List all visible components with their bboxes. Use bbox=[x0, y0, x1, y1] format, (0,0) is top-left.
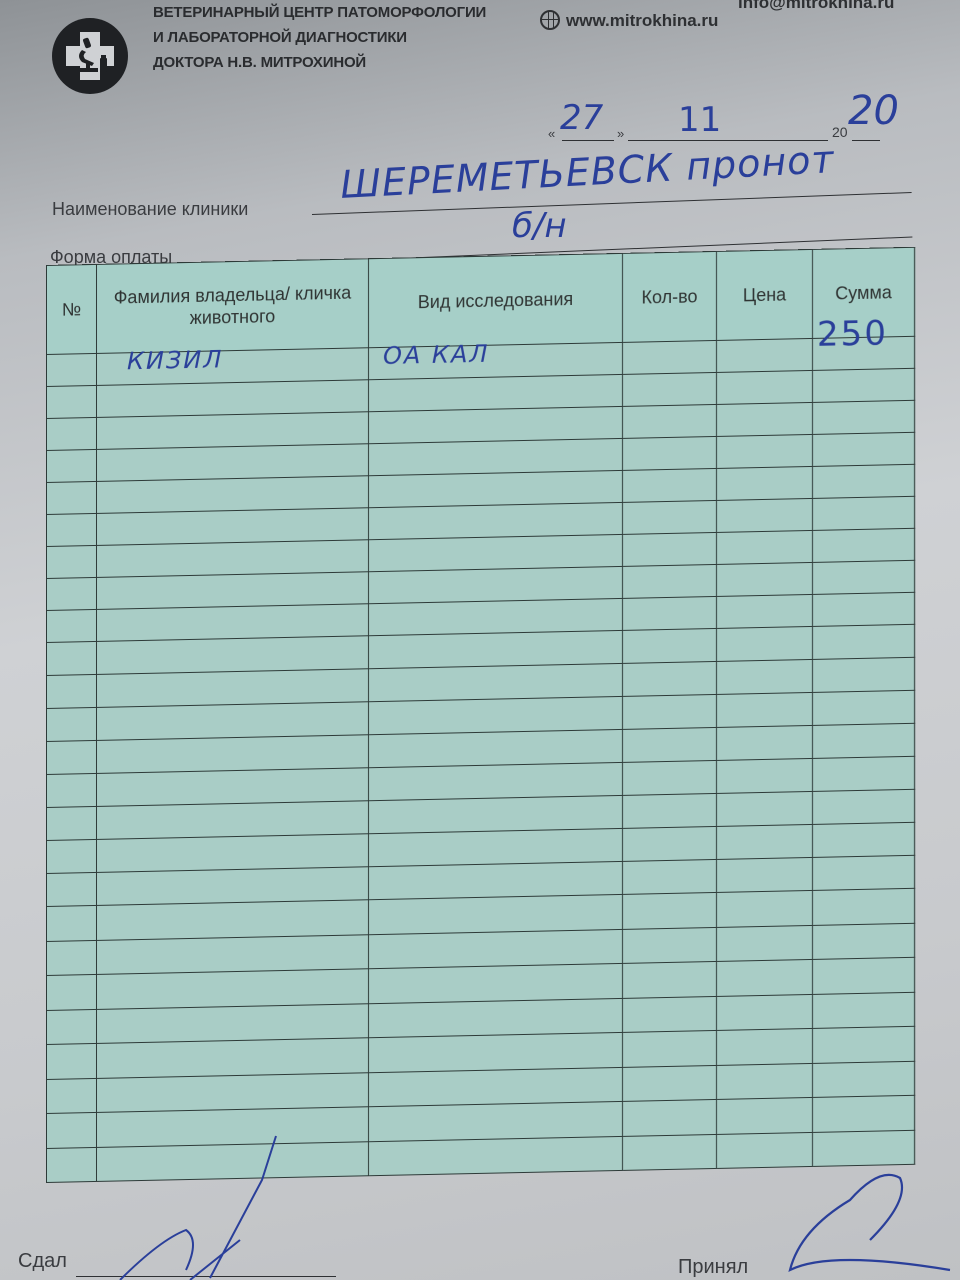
cell-price[interactable] bbox=[717, 994, 813, 1031]
cell-sum[interactable] bbox=[813, 690, 915, 725]
cell-number[interactable] bbox=[47, 385, 97, 418]
cell-price[interactable] bbox=[717, 925, 813, 962]
date-close-quote: » bbox=[617, 126, 624, 141]
cell-number[interactable] bbox=[47, 641, 97, 675]
cell-quantity[interactable] bbox=[623, 628, 717, 663]
cell-study-type[interactable] bbox=[369, 502, 623, 539]
cell-price[interactable] bbox=[717, 402, 813, 436]
cell-quantity[interactable] bbox=[623, 372, 717, 406]
cell-study-type[interactable] bbox=[369, 861, 623, 899]
globe-icon bbox=[540, 10, 560, 30]
cell-quantity[interactable] bbox=[623, 727, 717, 762]
cell-price[interactable] bbox=[717, 659, 813, 694]
cell-sum[interactable] bbox=[813, 923, 915, 960]
cell-sum[interactable] bbox=[813, 528, 915, 562]
cell-owner-pet[interactable] bbox=[97, 1038, 369, 1078]
date-open-quote: « bbox=[548, 126, 555, 141]
cell-price[interactable] bbox=[717, 857, 813, 892]
received-signature[interactable] bbox=[770, 1170, 960, 1280]
handed-over-label: Сдал bbox=[18, 1250, 67, 1273]
order-table-container: № Фамилия владельца/ кличка животного Ви… bbox=[46, 247, 914, 1210]
cell-quantity[interactable] bbox=[623, 892, 717, 928]
cell-price[interactable] bbox=[717, 562, 813, 596]
cell-quantity[interactable] bbox=[623, 340, 717, 374]
cell-quantity[interactable] bbox=[623, 927, 717, 963]
cell-quantity[interactable] bbox=[623, 1134, 717, 1170]
cell-number[interactable] bbox=[47, 940, 97, 976]
col-number: № bbox=[47, 264, 97, 354]
study-type-handwritten: ОА КАЛ bbox=[383, 340, 489, 370]
cell-price[interactable] bbox=[717, 1063, 813, 1100]
cell-number[interactable] bbox=[47, 1112, 97, 1148]
cell-price[interactable] bbox=[717, 758, 813, 793]
cell-number[interactable] bbox=[47, 481, 97, 514]
cell-study-type[interactable] bbox=[369, 696, 623, 734]
cell-quantity[interactable] bbox=[623, 1065, 717, 1101]
cell-study-type[interactable] bbox=[369, 998, 623, 1038]
cell-study-type[interactable] bbox=[369, 1032, 623, 1072]
cell-number[interactable] bbox=[47, 449, 97, 482]
email-link[interactable]: info@mitrokhina.ru bbox=[738, 0, 894, 13]
cell-price[interactable] bbox=[717, 890, 813, 927]
org-line-3: ДОКТОРА Н.В. МИТРОХИНОЙ bbox=[153, 50, 486, 75]
cell-number[interactable] bbox=[47, 1043, 97, 1079]
cell-number[interactable] bbox=[47, 674, 97, 708]
cell-study-type[interactable] bbox=[369, 929, 623, 969]
cell-owner-pet[interactable] bbox=[97, 1072, 369, 1112]
cell-study-type[interactable] bbox=[369, 894, 623, 934]
owner-pet-handwritten: КИЗИЛ bbox=[127, 345, 223, 375]
cell-study-type[interactable] bbox=[369, 566, 623, 603]
col-quantity: Кол-во bbox=[623, 251, 717, 342]
cell-price[interactable] bbox=[717, 466, 813, 500]
cell-number[interactable] bbox=[47, 513, 97, 546]
cell-number[interactable] bbox=[47, 707, 97, 741]
cell-study-type[interactable] bbox=[369, 828, 623, 866]
cell-study-type[interactable] bbox=[369, 534, 623, 571]
cell-sum[interactable] bbox=[813, 657, 915, 692]
cell-number[interactable] bbox=[47, 577, 97, 610]
cell-number[interactable] bbox=[47, 353, 97, 386]
cell-study-type[interactable] bbox=[369, 1101, 623, 1141]
cell-number[interactable] bbox=[47, 1147, 97, 1183]
cell-number[interactable] bbox=[47, 740, 97, 774]
cell-number[interactable] bbox=[47, 545, 97, 578]
cell-sum[interactable] bbox=[813, 1061, 915, 1098]
cell-study-type[interactable] bbox=[369, 963, 623, 1003]
cell-price[interactable] bbox=[717, 498, 813, 532]
cell-quantity[interactable] bbox=[623, 404, 717, 438]
cell-sum[interactable] bbox=[813, 592, 915, 626]
cell-quantity[interactable] bbox=[623, 996, 717, 1032]
cell-price[interactable] bbox=[717, 725, 813, 760]
col-study-type: Вид исследования bbox=[369, 253, 623, 347]
cell-sum[interactable] bbox=[813, 756, 915, 791]
cell-study-type[interactable] bbox=[369, 762, 623, 800]
date-day-handwritten[interactable]: 27 bbox=[560, 98, 603, 138]
cell-number[interactable] bbox=[47, 872, 97, 906]
cell-price[interactable] bbox=[717, 1097, 813, 1134]
cell-sum[interactable] bbox=[813, 560, 915, 594]
cell-price[interactable] bbox=[717, 370, 813, 404]
cell-study-type[interactable] bbox=[369, 795, 623, 833]
org-line-1: ВЕТЕРИНАРНЫЙ ЦЕНТР ПАТОМОРФОЛОГИИ bbox=[153, 0, 486, 25]
cell-sum[interactable] bbox=[813, 368, 915, 402]
cell-quantity[interactable] bbox=[623, 436, 717, 470]
date-month-handwritten[interactable]: 11 bbox=[678, 100, 721, 140]
cell-quantity[interactable] bbox=[623, 532, 717, 566]
cell-number[interactable] bbox=[47, 974, 97, 1010]
sum-handwritten: 250 bbox=[817, 313, 888, 354]
cell-sum[interactable] bbox=[813, 822, 915, 857]
cell-number[interactable] bbox=[47, 1078, 97, 1114]
order-table: № Фамилия владельца/ кличка животного Ви… bbox=[46, 247, 915, 1183]
cell-sum[interactable] bbox=[813, 789, 915, 824]
cell-quantity[interactable] bbox=[623, 500, 717, 534]
cell-study-type[interactable] bbox=[369, 1067, 623, 1107]
cell-price[interactable] bbox=[717, 338, 813, 372]
payment-value-handwritten[interactable]: б/н bbox=[512, 206, 567, 246]
cell-owner-pet[interactable] bbox=[97, 900, 369, 940]
cell-owner-pet[interactable] bbox=[97, 934, 369, 974]
cell-sum[interactable] bbox=[813, 400, 915, 434]
cell-owner-pet[interactable] bbox=[97, 969, 369, 1009]
cell-sum[interactable] bbox=[813, 1095, 915, 1132]
cell-quantity[interactable] bbox=[623, 694, 717, 729]
cell-number[interactable] bbox=[47, 1009, 97, 1045]
cell-study-type[interactable] bbox=[369, 470, 623, 507]
handed-over-signature[interactable] bbox=[90, 1130, 310, 1280]
cell-sum[interactable] bbox=[813, 496, 915, 530]
cell-study-type[interactable]: ОА КАЛ bbox=[369, 342, 623, 379]
cell-sum[interactable] bbox=[813, 1130, 915, 1167]
cell-sum[interactable] bbox=[813, 624, 915, 659]
cell-study-type[interactable] bbox=[369, 630, 623, 668]
year-underline bbox=[852, 140, 880, 141]
cell-price[interactable] bbox=[717, 1132, 813, 1169]
cell-sum[interactable] bbox=[813, 992, 915, 1029]
cell-sum[interactable] bbox=[813, 464, 915, 498]
cell-price[interactable] bbox=[717, 1028, 813, 1065]
organization-name: ВЕТЕРИНАРНЫЙ ЦЕНТР ПАТОМОРФОЛОГИИ И ЛАБО… bbox=[153, 0, 486, 75]
cell-number[interactable] bbox=[47, 417, 97, 450]
cell-sum[interactable] bbox=[813, 1026, 915, 1063]
cell-price[interactable] bbox=[717, 434, 813, 468]
cell-sum[interactable] bbox=[813, 723, 915, 758]
cell-quantity[interactable] bbox=[623, 826, 717, 861]
cell-number[interactable] bbox=[47, 806, 97, 840]
clinic-value-handwritten[interactable]: ШЕРЕМЕТЬЕВСК пронот bbox=[339, 137, 835, 207]
cell-number[interactable] bbox=[47, 773, 97, 807]
cell-quantity[interactable] bbox=[623, 661, 717, 696]
cell-study-type[interactable] bbox=[369, 598, 623, 635]
cell-sum[interactable] bbox=[813, 855, 915, 890]
website-contact: www.mitrokhina.ru bbox=[540, 10, 718, 31]
cell-study-type[interactable] bbox=[369, 406, 623, 443]
cell-number[interactable] bbox=[47, 905, 97, 941]
cell-sum[interactable] bbox=[813, 888, 915, 925]
cell-quantity[interactable] bbox=[623, 859, 717, 894]
cell-study-type[interactable] bbox=[369, 438, 623, 475]
clinic-label: Наименование клиники bbox=[52, 199, 248, 220]
received-label: Принял bbox=[678, 1256, 748, 1279]
cell-sum[interactable]: 250 bbox=[813, 336, 915, 370]
cell-price[interactable] bbox=[717, 594, 813, 628]
cell-quantity[interactable] bbox=[623, 760, 717, 795]
cell-owner-pet[interactable] bbox=[97, 1003, 369, 1043]
cell-study-type[interactable] bbox=[369, 729, 623, 767]
col-price: Цена bbox=[717, 249, 813, 340]
microscope-cross-icon bbox=[60, 26, 120, 86]
cell-price[interactable] bbox=[717, 692, 813, 727]
cell-price[interactable] bbox=[717, 626, 813, 661]
org-line-2: И ЛАБОРАТОРНОЙ ДИАГНОСТИКИ bbox=[153, 25, 486, 50]
cell-price[interactable] bbox=[717, 530, 813, 564]
cell-quantity[interactable] bbox=[623, 793, 717, 828]
cell-study-type[interactable] bbox=[369, 374, 623, 411]
cell-quantity[interactable] bbox=[623, 961, 717, 997]
cell-price[interactable] bbox=[717, 959, 813, 996]
day-underline bbox=[562, 140, 614, 141]
date-year-handwritten[interactable]: 20 bbox=[848, 88, 899, 134]
year-prefix: 20 bbox=[832, 124, 848, 140]
cell-quantity[interactable] bbox=[623, 596, 717, 630]
cell-quantity[interactable] bbox=[623, 468, 717, 502]
cell-sum[interactable] bbox=[813, 957, 915, 994]
cell-price[interactable] bbox=[717, 791, 813, 826]
cell-number[interactable] bbox=[47, 839, 97, 873]
cell-price[interactable] bbox=[717, 824, 813, 859]
cell-sum[interactable] bbox=[813, 432, 915, 466]
cell-number[interactable] bbox=[47, 609, 97, 642]
cell-study-type[interactable] bbox=[369, 1136, 623, 1176]
col-owner-pet: Фамилия владельца/ кличка животного bbox=[97, 259, 369, 354]
cell-quantity[interactable] bbox=[623, 1030, 717, 1066]
website-link[interactable]: www.mitrokhina.ru bbox=[566, 11, 718, 30]
cell-quantity[interactable] bbox=[623, 564, 717, 598]
logo bbox=[52, 18, 128, 94]
cell-study-type[interactable] bbox=[369, 663, 623, 701]
cell-quantity[interactable] bbox=[623, 1099, 717, 1135]
